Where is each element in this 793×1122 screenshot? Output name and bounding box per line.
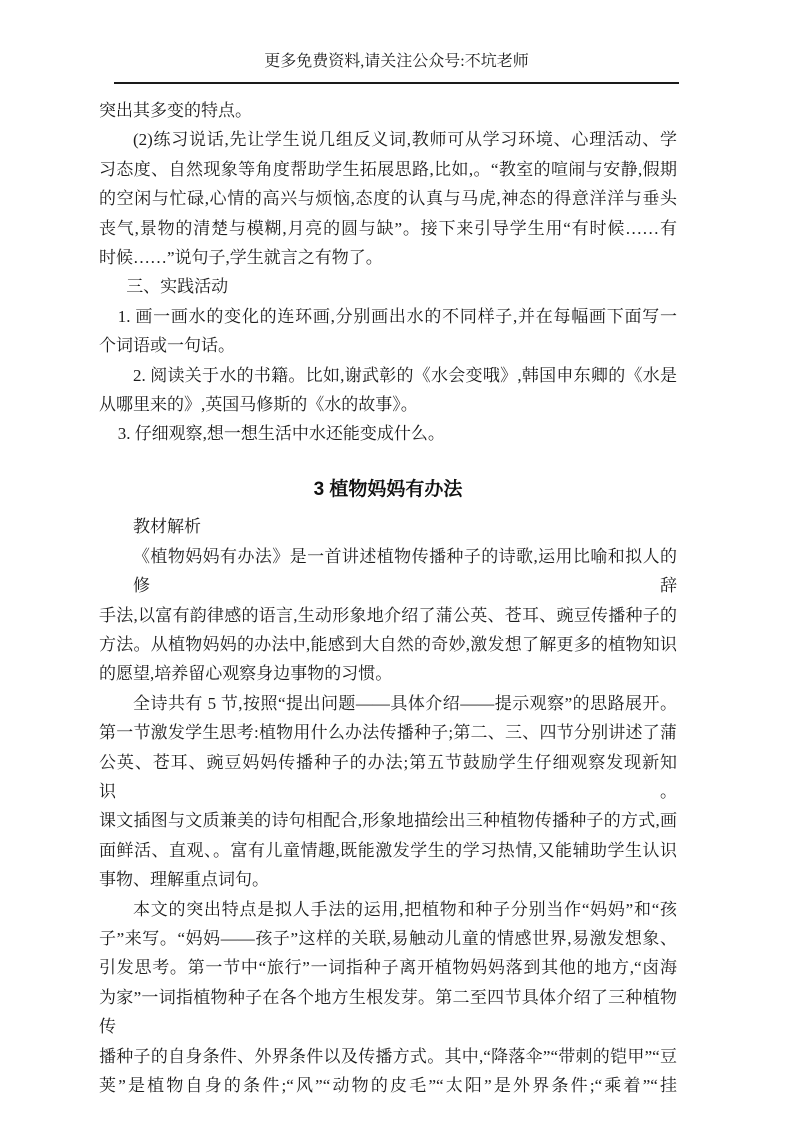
text-line: 第一节激发学生思考:植物用什么办法传播种子;第二、三、四节分别讲述了蒲 <box>99 718 677 747</box>
text-line: 引发思考。第一节中“旅行”一词指种子离开植物妈妈落到其他的地方,“卤海 <box>99 953 677 982</box>
text-line: 习态度、自然现象等角度帮助学生拓展思路,比如,。“教室的喧闹与安静,假期 <box>99 155 677 184</box>
text-line: 课文插图与文质兼美的诗句相配合,形象地描绘出三种植物传播种子的方式,画 <box>99 806 677 835</box>
text-line: 3. 仔细观察,想一想生活中水还能变成什么。 <box>99 419 677 448</box>
text-line: 播种子的自身条件、外界条件以及传播方式。其中,“降落伞”“带刺的铠甲”“豆 <box>99 1042 677 1071</box>
text-line: 突出其多变的特点。 <box>99 96 677 125</box>
text-line: 丧气,景物的清楚与模糊,月亮的圆与缺”。接下来引导学生用“有时候……有 <box>99 214 677 243</box>
document-body: 突出其多变的特点。 (2)练习说话,先让学生说几组反义词,教师可从学习环境、心理… <box>99 96 677 1100</box>
text-line: 2. 阅读关于水的书籍。比如,谢武彰的《水会变哦》,韩国申东卿的《水是 <box>99 361 677 390</box>
text-line: 三、实践活动 <box>99 272 677 301</box>
text-line: 荚”是植物自身的条件;“风”“动物的皮毛”“太阳”是外界条件;“乘着”“挂 <box>99 1071 677 1100</box>
text-line: 《植物妈妈有办法》是一首讲述植物传播种子的诗歌,运用比喻和拟人的修辞 <box>99 542 677 601</box>
text-line: 手法,以富有韵律感的语言,生动形象地介绍了蒲公英、苍耳、豌豆传播种子的 <box>99 601 677 630</box>
text-line: 时候……”说句子,学生就言之有物了。 <box>99 243 677 272</box>
text-line: 个词语或一句话。 <box>99 331 677 360</box>
text-line: 1. 画一画水的变化的连环画,分别画出水的不同样子,并在每幅画下面写一 <box>99 302 677 331</box>
text-line: 子”来写。“妈妈——孩子”这样的关联,易触动儿童的情感世界,易激发想象、 <box>99 924 677 953</box>
header-divider <box>114 82 679 84</box>
text-line: 为家”一词指植物种子在各个地方生根发芽。第二至四节具体介绍了三种植物传 <box>99 983 677 1042</box>
text-line: 面鲜活、直观、。富有儿童情趣,既能激发学生的学习热情,又能辅助学生认识 <box>99 836 677 865</box>
text-line: 方法。从植物妈妈的办法中,能感到大自然的奇妙,激发想了解更多的植物知识 <box>99 630 677 659</box>
page-header: 更多免费资料,请关注公众号:不坑老师 <box>0 0 793 84</box>
text-line: 的愿望,培养留心观察身边事物的习惯。 <box>99 659 677 688</box>
text-line: 教材解析 <box>99 512 677 541</box>
text-line: 公英、苍耳、豌豆妈妈传播种子的办法;第五节鼓励学生仔细观察发现新知识。 <box>99 748 677 807</box>
text-line: 的空闲与忙碌,心情的高兴与烦恼,态度的认真与马虎,神态的得意洋洋与垂头 <box>99 184 677 213</box>
text-line: 事物、理解重点词句。 <box>99 865 677 894</box>
text-line: 全诗共有 5 节,按照“提出问题——具体介绍——提示观察”的思路展开。 <box>99 689 677 718</box>
header-notice: 更多免费资料,请关注公众号:不坑老师 <box>0 0 793 73</box>
text-line: 本文的突出特点是拟人手法的运用,把植物和种子分别当作“妈妈”和“孩 <box>99 895 677 924</box>
document-page: 更多免费资料,请关注公众号:不坑老师 突出其多变的特点。 (2)练习说话,先让学… <box>0 0 793 1122</box>
text-line: (2)练习说话,先让学生说几组反义词,教师可从学习环境、心理活动、学 <box>99 125 677 154</box>
text-line: 从哪里来的》,英国马修斯的《水的故事》。 <box>99 390 677 419</box>
section-title: 3 植物妈妈有办法 <box>99 475 677 504</box>
